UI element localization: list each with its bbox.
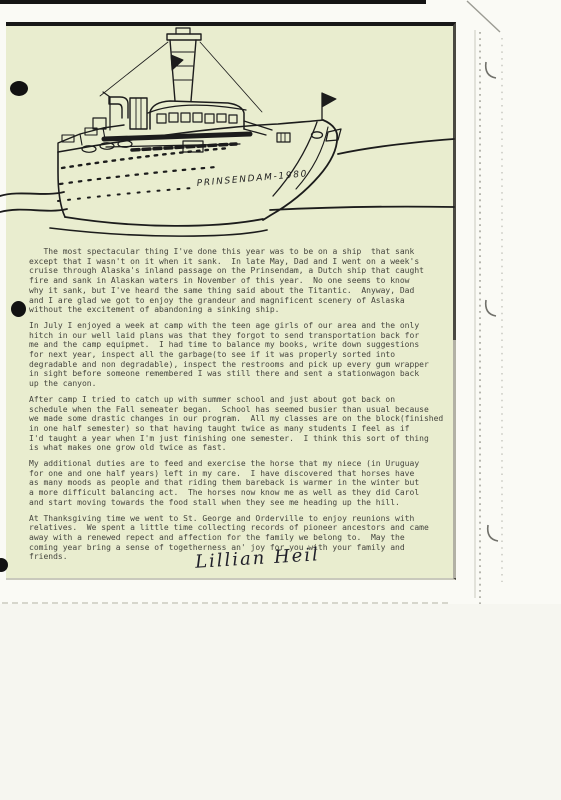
scan-background-lower [0, 604, 561, 800]
binder-ring-mark [486, 300, 496, 316]
binder-ring-mark [486, 62, 496, 78]
scanned-letter-page: PRINSENDAM-1980 The most spectacular thi… [0, 0, 561, 800]
funnel-pipe [109, 97, 128, 118]
ship-name-label: PRINSENDAM-1980 [196, 169, 308, 189]
protector-bottom-edge [2, 602, 448, 604]
ship-superstructure [58, 92, 272, 152]
ship-drawing: PRINSENDAM-1980 [0, 26, 455, 246]
letter-body: The most spectacular thing I've done thi… [29, 247, 455, 568]
bow-flag [322, 93, 336, 120]
hole-punch-mark [11, 301, 26, 317]
binder-ring-mark [488, 525, 498, 541]
sheet-protector-edge [455, 0, 561, 660]
letter-paragraph: The most spectacular thing I've done thi… [29, 247, 455, 315]
ship-mast [100, 28, 262, 112]
mast-pennant [171, 55, 183, 70]
scan-artifact-bar [0, 0, 426, 4]
letter-paragraph: After camp I tried to catch up with summ… [29, 395, 455, 453]
bow-window [326, 129, 341, 141]
hull-flag-box [277, 133, 290, 142]
bow-porthole [312, 132, 323, 138]
letter-paragraph: In July I enjoyed a week at camp with th… [29, 321, 455, 389]
letter-paragraph: My additional duties are to feed and exe… [29, 459, 455, 508]
protector-corner-fold [467, 1, 500, 32]
